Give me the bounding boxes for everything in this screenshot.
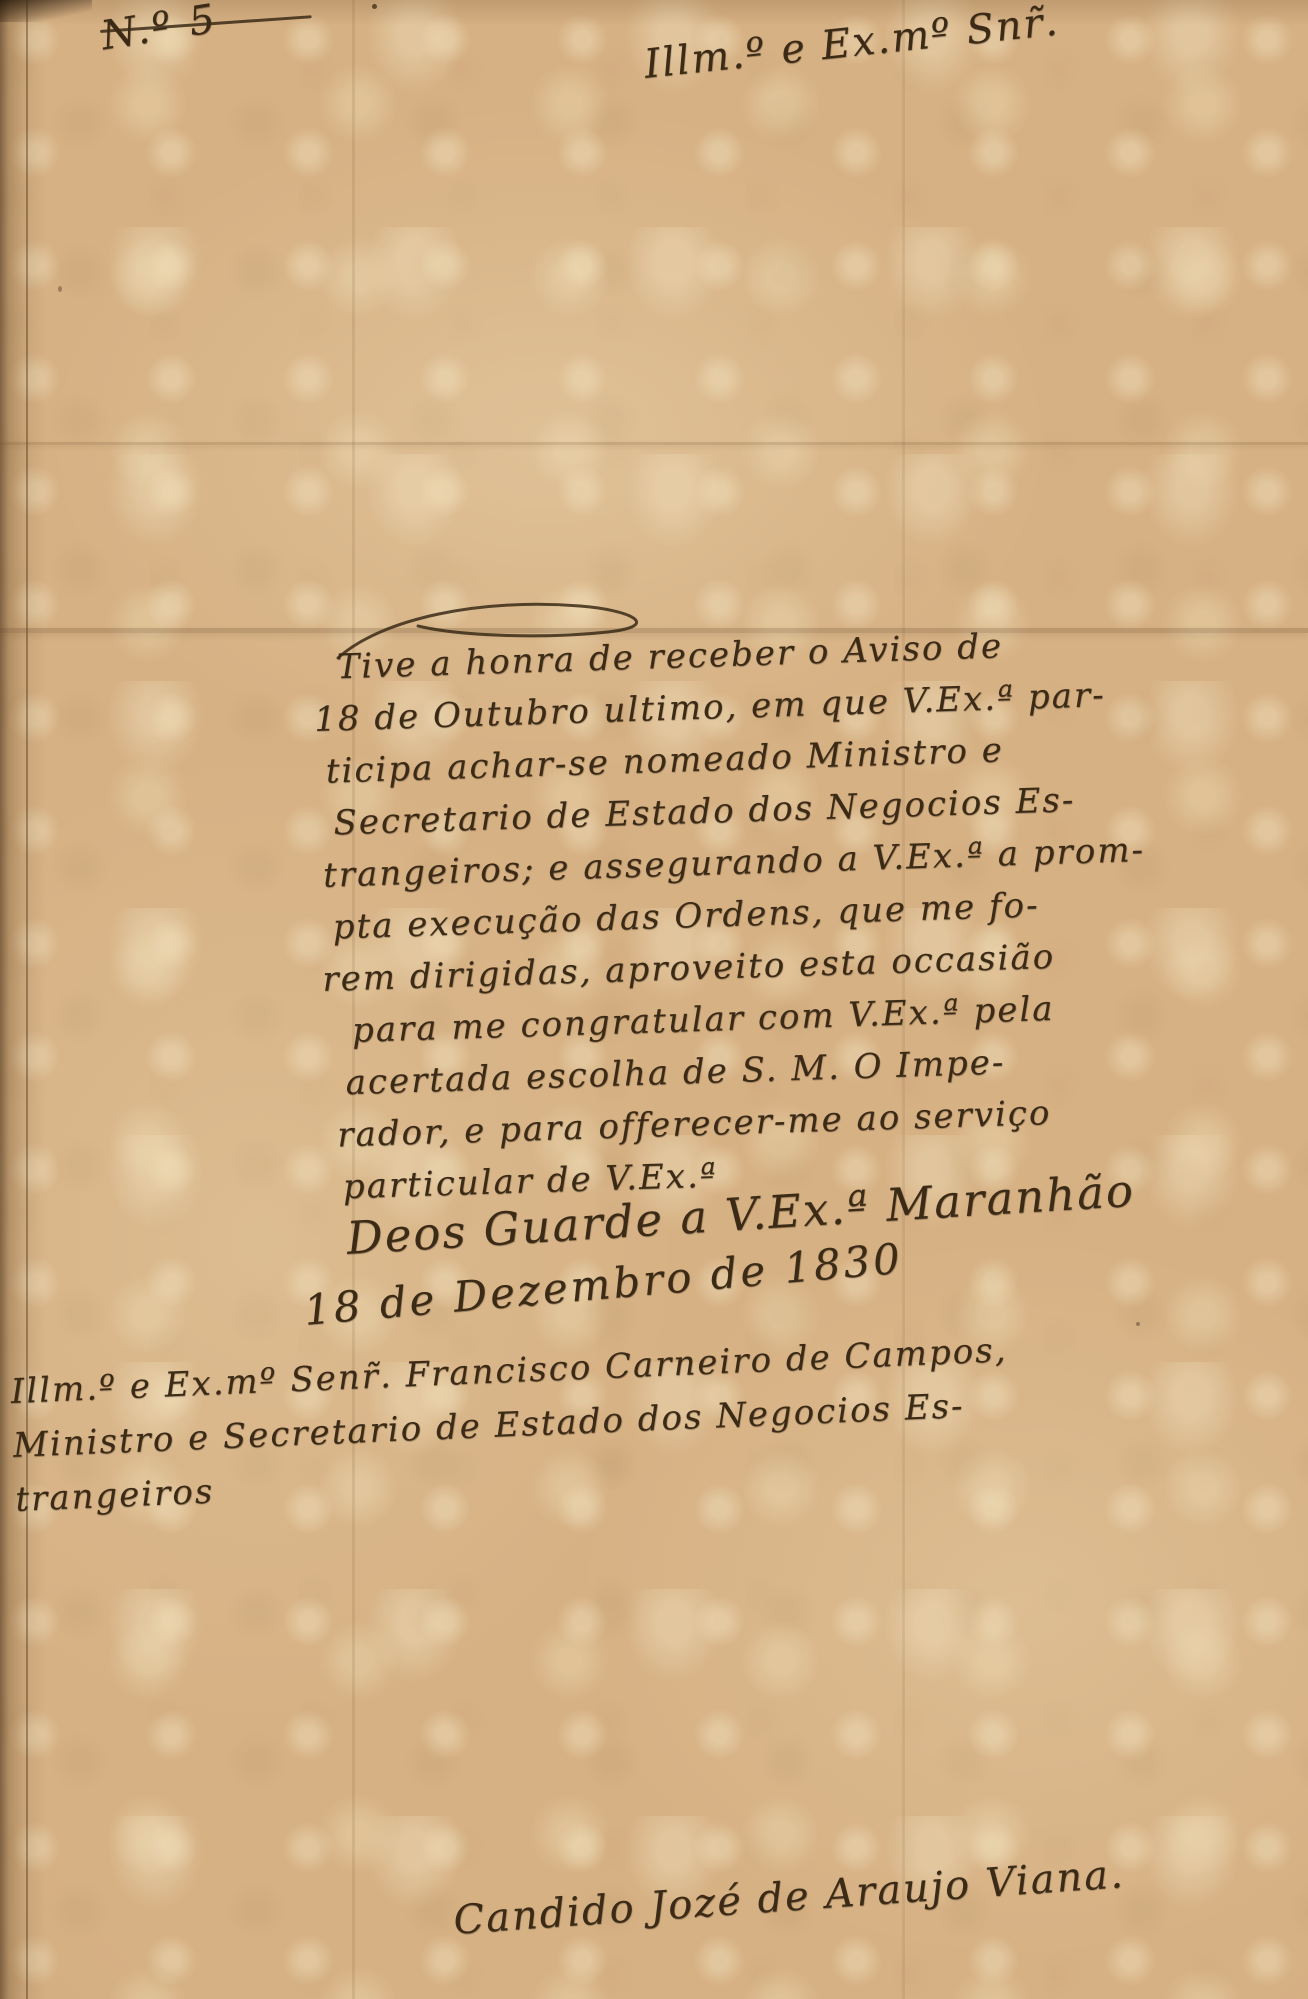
manuscript-page: N.º 5 Illm.º e Ex.mº Snr̃. Tive a honra … bbox=[0, 0, 1308, 1999]
horizontal-fold-line bbox=[0, 442, 1308, 445]
binding-crease bbox=[26, 0, 28, 1999]
signature: Candido Jozé de Araujo Viana. bbox=[452, 1851, 1126, 1944]
ink-speck bbox=[58, 286, 62, 292]
page-corner-shadow bbox=[0, 0, 92, 22]
salutation: Illm.º e Ex.mº Snr̃. bbox=[642, 0, 1061, 88]
addressee-block: Illm.º e Ex.mº Senr̃. Francisco Carneiro… bbox=[10, 1330, 1013, 1534]
letter-body: Tive a honra de receber o Aviso de 18 de… bbox=[312, 623, 1130, 1220]
ink-speck bbox=[372, 4, 377, 9]
ink-speck bbox=[1136, 1322, 1140, 1326]
